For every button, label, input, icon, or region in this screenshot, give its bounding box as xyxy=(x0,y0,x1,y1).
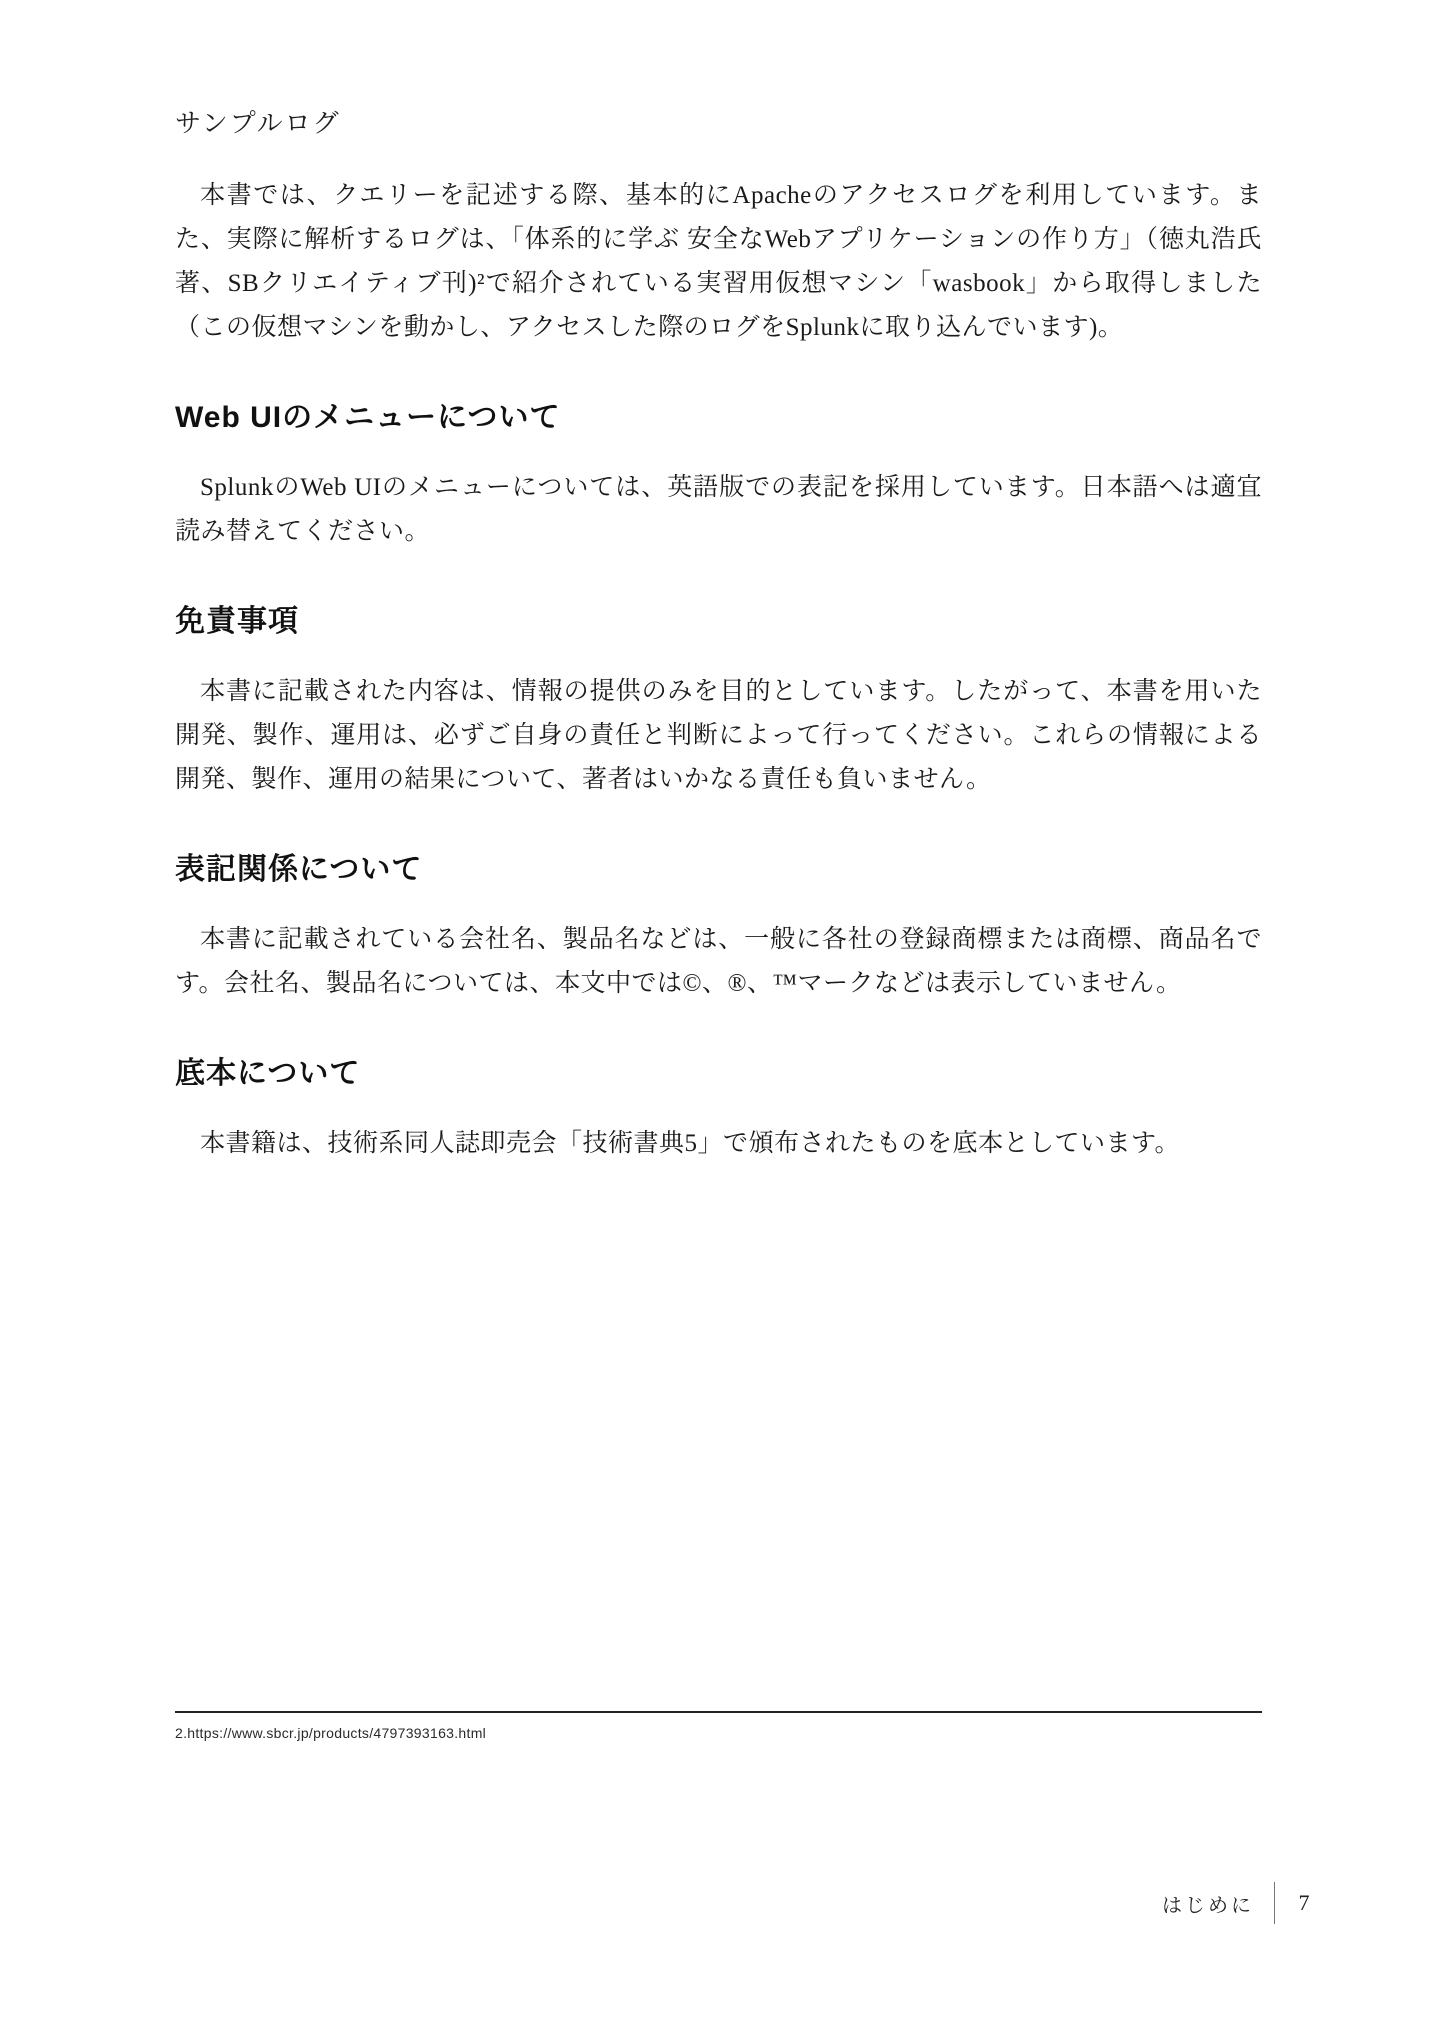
section-notation: 表記関係について 本書に記載されている会社名、製品名などは、一般に各社の登録商標… xyxy=(175,852,1262,1006)
footer-section-label: はじめに xyxy=(1162,1889,1254,1918)
page-content: サンプルログ 本書では、クエリーを記述する際、基本的にApacheのアクセスログ… xyxy=(0,0,1433,1166)
minor-heading-sample-log: サンプルログ xyxy=(175,108,1262,138)
heading-source-edition: 底本について xyxy=(175,1056,1262,1092)
footnote-block: 2.https://www.sbcr.jp/products/479739316… xyxy=(175,1711,1262,1741)
footer-divider xyxy=(1274,1882,1275,1924)
paragraph-notation: 本書に記載されている会社名、製品名などは、一般に各社の登録商標または商標、商品名… xyxy=(175,918,1262,1006)
paragraph-web-ui-menu: SplunkのWeb UIのメニューについては、英語版での表記を採用しています。… xyxy=(175,466,1262,554)
section-sample-log: サンプルログ 本書では、クエリーを記述する際、基本的にApacheのアクセスログ… xyxy=(175,108,1262,350)
paragraph-disclaimer: 本書に記載された内容は、情報の提供のみを目的としています。したがって、本書を用い… xyxy=(175,670,1262,802)
footnote-divider xyxy=(175,1711,1262,1713)
section-web-ui-menu: Web UIのメニューについて SplunkのWeb UIのメニューについては、… xyxy=(175,400,1262,554)
section-source-edition: 底本について 本書籍は、技術系同人誌即売会「技術書典5」で頒布されたものを底本と… xyxy=(175,1056,1262,1166)
section-disclaimer: 免責事項 本書に記載された内容は、情報の提供のみを目的としています。したがって、… xyxy=(175,604,1262,802)
footer-page-number: 7 xyxy=(1295,1890,1313,1916)
heading-web-ui-menu: Web UIのメニューについて xyxy=(175,400,1262,436)
footnote: 2.https://www.sbcr.jp/products/479739316… xyxy=(175,1725,1262,1741)
paragraph-sample-log: 本書では、クエリーを記述する際、基本的にApacheのアクセスログを利用していま… xyxy=(175,174,1262,350)
heading-disclaimer: 免責事項 xyxy=(175,604,1262,640)
heading-notation: 表記関係について xyxy=(175,852,1262,888)
document-page: サンプルログ 本書では、クエリーを記述する際、基本的にApacheのアクセスログ… xyxy=(0,0,1433,2024)
paragraph-source-edition: 本書籍は、技術系同人誌即売会「技術書典5」で頒布されたものを底本としています。 xyxy=(175,1122,1262,1166)
page-footer: はじめに 7 xyxy=(1162,1882,1313,1924)
